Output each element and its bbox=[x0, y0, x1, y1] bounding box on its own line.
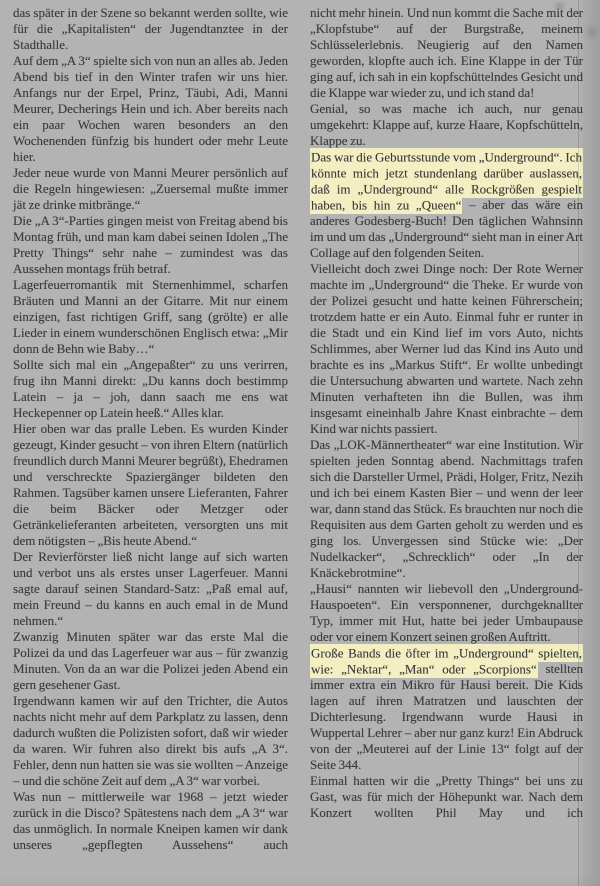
paragraph: Was nun – mittlerweile war 1968 – jetzt … bbox=[13, 789, 288, 853]
text-run: Was nun – mittlerweile war 1968 – jetzt … bbox=[13, 789, 288, 852]
text-run: das später in der Szene so bekannt werde… bbox=[13, 5, 288, 52]
text-run: Einmal hatten wir die „Pretty Things“ be… bbox=[310, 773, 583, 820]
paragraph: Das war die Geburtsstunde vom „Undergrou… bbox=[310, 149, 583, 261]
text-run: „Hausi“ nannten wir liebevoll den „Under… bbox=[310, 581, 583, 644]
paragraph: das später in der Szene so bekannt werde… bbox=[13, 5, 288, 53]
paragraph: Hier oben war das pralle Leben. Es wurde… bbox=[13, 421, 288, 549]
text-run: Irgendwann kamen wir auf den Trichter, d… bbox=[13, 693, 288, 788]
scan-smudge bbox=[587, 27, 597, 38]
text-run: nicht mehr hinein. Und nun kommt die Sac… bbox=[310, 5, 583, 100]
text-run: Vielleicht doch zwei Dinge noch: Der Rot… bbox=[310, 261, 583, 436]
paragraph: nicht mehr hinein. Und nun kommt die Sac… bbox=[310, 5, 583, 101]
text-run: Lagerfeuerromantik mit Sternenhimmel, sc… bbox=[13, 277, 288, 356]
paragraph: Die „A 3“-Parties gingen meist von Freit… bbox=[13, 213, 288, 277]
text-run: Hier oben war das pralle Leben. Es wurde… bbox=[13, 421, 288, 548]
page-edge-shadow bbox=[578, 0, 600, 886]
text-run: Sollte sich mal ein „Angepaßter“ zu uns … bbox=[13, 357, 288, 420]
paragraph: Irgendwann kamen wir auf den Trichter, d… bbox=[13, 693, 288, 789]
text-run: Der Revierförster ließ nicht lange auf s… bbox=[13, 549, 288, 628]
paragraph: Vielleicht doch zwei Dinge noch: Der Rot… bbox=[310, 261, 583, 437]
paragraph: Sollte sich mal ein „Angepaßter“ zu uns … bbox=[13, 357, 288, 421]
text-run: Die „A 3“-Parties gingen meist von Freit… bbox=[13, 213, 288, 276]
text-column-left: das später in der Szene so bekannt werde… bbox=[13, 5, 288, 853]
paragraph: „Hausi“ nannten wir liebevoll den „Under… bbox=[310, 581, 583, 645]
text-run: Genial, so was mache ich auch, nur genau… bbox=[310, 101, 583, 148]
text-run: Zwanzig Minuten später war das erste Mal… bbox=[13, 629, 288, 692]
text-run: stellten immer extra ein Mikro für Hausi… bbox=[310, 661, 583, 772]
text-column-right: nicht mehr hinein. Und nun kommt die Sac… bbox=[310, 5, 583, 821]
paragraph: Lagerfeuerromantik mit Sternenhimmel, sc… bbox=[13, 277, 288, 357]
paragraph: Einmal hatten wir die „Pretty Things“ be… bbox=[310, 773, 583, 821]
text-run: Auf dem „A 3“ spielte sich von nun an al… bbox=[13, 53, 288, 164]
text-run: Das „LOK-Männertheater“ war eine Institu… bbox=[310, 437, 583, 580]
text-run: Jeder neue wurde von Manni Meurer persön… bbox=[13, 165, 288, 212]
scanned-book-page: das später in der Szene so bekannt werde… bbox=[0, 0, 600, 886]
paragraph: Zwanzig Minuten später war das erste Mal… bbox=[13, 629, 288, 693]
paragraph: Das „LOK-Männertheater“ war eine Institu… bbox=[310, 437, 583, 581]
paragraph: Große Bands die öfter im „Underground“ s… bbox=[310, 645, 583, 773]
paragraph: Jeder neue wurde von Manni Meurer persön… bbox=[13, 165, 288, 213]
paragraph: Genial, so was mache ich auch, nur genau… bbox=[310, 101, 583, 149]
scan-smudge bbox=[555, 3, 564, 9]
page-bottom-shade bbox=[0, 876, 600, 886]
paragraph: Auf dem „A 3“ spielte sich von nun an al… bbox=[13, 53, 288, 165]
paragraph: Der Revierförster ließ nicht lange auf s… bbox=[13, 549, 288, 629]
